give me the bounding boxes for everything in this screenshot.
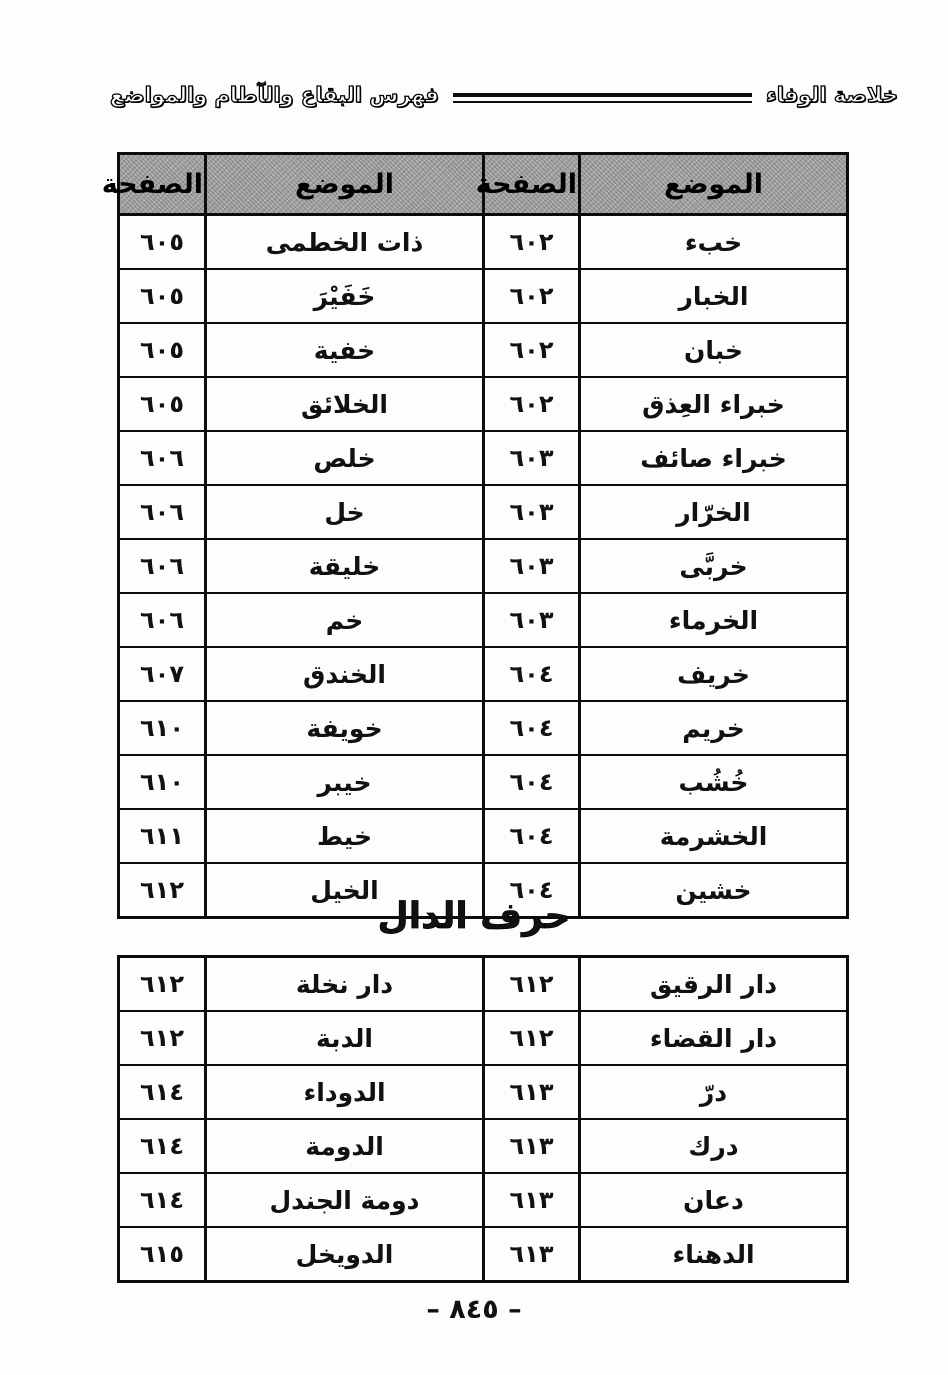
table-row: الخرماء ٦٠٣ خم ٦٠٦ bbox=[119, 593, 848, 647]
table-row: الخرّار ٦٠٣ خل ٦٠٦ bbox=[119, 485, 848, 539]
table-row: درّ ٦١٣ الدوداء ٦١٤ bbox=[119, 1065, 848, 1119]
page-number-cell: ٦١٢ bbox=[119, 1011, 206, 1065]
place-cell: خبراء العِذق bbox=[580, 377, 848, 431]
table-row: خبان ٦٠٢ خفية ٦٠٥ bbox=[119, 323, 848, 377]
book-title: خلاصة الوفاء bbox=[766, 83, 898, 107]
place-cell: الخندق bbox=[206, 647, 484, 701]
page-number-cell: ٦٠٢ bbox=[484, 377, 580, 431]
page-number-cell: ٦٠٢ bbox=[484, 323, 580, 377]
table-header-row: الموضع الصفحة الموضع الصفحة bbox=[119, 154, 848, 215]
place-cell: الخلائق bbox=[206, 377, 484, 431]
place-cell: درّ bbox=[580, 1065, 848, 1119]
place-cell: الخرماء bbox=[580, 593, 848, 647]
table-row: خريف ٦٠٤ الخندق ٦٠٧ bbox=[119, 647, 848, 701]
table-row: الدهناء ٦١٣ الدويخل ٦١٥ bbox=[119, 1227, 848, 1282]
page-number-cell: ٦٠٦ bbox=[119, 593, 206, 647]
place-cell: الخشرمة bbox=[580, 809, 848, 863]
place-cell: دار نخلة bbox=[206, 957, 484, 1012]
place-cell: خلص bbox=[206, 431, 484, 485]
page-number-cell: ٦٠٤ bbox=[484, 701, 580, 755]
column-header-place: الموضع bbox=[580, 154, 848, 215]
table-row: خربَّى ٦٠٣ خليقة ٦٠٦ bbox=[119, 539, 848, 593]
table-row: خبراء صائف ٦٠٣ خلص ٦٠٦ bbox=[119, 431, 848, 485]
place-cell: خل bbox=[206, 485, 484, 539]
place-cell: الدومة bbox=[206, 1119, 484, 1173]
page-number-cell: ٦٠٥ bbox=[119, 377, 206, 431]
index-table-dal: دار الرقيق ٦١٢ دار نخلة ٦١٢ دار القضاء ٦… bbox=[117, 955, 849, 1283]
table-row: دار الرقيق ٦١٢ دار نخلة ٦١٢ bbox=[119, 957, 848, 1012]
table-row: دار القضاء ٦١٢ الدبة ٦١٢ bbox=[119, 1011, 848, 1065]
table-row: دعان ٦١٣ دومة الجندل ٦١٤ bbox=[119, 1173, 848, 1227]
index-title: فهرس البقاع والآطام والمواضع bbox=[110, 83, 439, 107]
place-cell: الخرّار bbox=[580, 485, 848, 539]
page-number-cell: ٦٠٥ bbox=[119, 215, 206, 270]
page-number-cell: ٦١٣ bbox=[484, 1119, 580, 1173]
place-cell: درك bbox=[580, 1119, 848, 1173]
page-number-cell: ٦١٤ bbox=[119, 1119, 206, 1173]
page-number-cell: ٦١٣ bbox=[484, 1065, 580, 1119]
page-number-cell: ٦٠٦ bbox=[119, 431, 206, 485]
place-cell: خبراء صائف bbox=[580, 431, 848, 485]
place-cell: دومة الجندل bbox=[206, 1173, 484, 1227]
page-number-cell: ٦١٠ bbox=[119, 755, 206, 809]
table-row: خُشُب ٦٠٤ خيبر ٦١٠ bbox=[119, 755, 848, 809]
place-cell: ذات الخطمى bbox=[206, 215, 484, 270]
place-cell: الدوداء bbox=[206, 1065, 484, 1119]
page-number-cell: ٦٠٦ bbox=[119, 485, 206, 539]
place-cell: الخبار bbox=[580, 269, 848, 323]
place-cell: خفية bbox=[206, 323, 484, 377]
place-cell: خَفَيْرَ bbox=[206, 269, 484, 323]
table-row: درك ٦١٣ الدومة ٦١٤ bbox=[119, 1119, 848, 1173]
place-cell: خويفة bbox=[206, 701, 484, 755]
place-cell: دعان bbox=[580, 1173, 848, 1227]
place-cell: خليقة bbox=[206, 539, 484, 593]
place-cell: الدبة bbox=[206, 1011, 484, 1065]
table-row: خبء ٦٠٢ ذات الخطمى ٦٠٥ bbox=[119, 215, 848, 270]
place-cell: خريف bbox=[580, 647, 848, 701]
page-number-cell: ٦١١ bbox=[119, 809, 206, 863]
page-number-cell: ٦١٢ bbox=[484, 957, 580, 1012]
place-cell: خبان bbox=[580, 323, 848, 377]
page-number-cell: ٦٠٣ bbox=[484, 431, 580, 485]
place-cell: دار الرقيق bbox=[580, 957, 848, 1012]
place-cell: خبء bbox=[580, 215, 848, 270]
page-number-cell: ٦٠٣ bbox=[484, 593, 580, 647]
page-number-cell: ٦١٢ bbox=[484, 1011, 580, 1065]
page-number-cell: ٦٠٤ bbox=[484, 755, 580, 809]
place-cell: خريم bbox=[580, 701, 848, 755]
page-number-cell: ٦١٥ bbox=[119, 1227, 206, 1282]
page-number-cell: ٦٠٤ bbox=[484, 809, 580, 863]
page-header: خلاصة الوفاء فهرس البقاع والآطام والمواض… bbox=[110, 72, 898, 118]
page-footer-number: – ٨٤٥ – bbox=[0, 1294, 948, 1325]
header-rule bbox=[453, 93, 752, 103]
table-row: الخبار ٦٠٢ خَفَيْرَ ٦٠٥ bbox=[119, 269, 848, 323]
table-row: خبراء العِذق ٦٠٢ الخلائق ٦٠٥ bbox=[119, 377, 848, 431]
table-row: الخشرمة ٦٠٤ خيط ٦١١ bbox=[119, 809, 848, 863]
place-cell: خُشُب bbox=[580, 755, 848, 809]
place-cell: خيبر bbox=[206, 755, 484, 809]
page-number-cell: ٦٠٥ bbox=[119, 323, 206, 377]
page-number-cell: ٦١٤ bbox=[119, 1065, 206, 1119]
page-number-cell: ٦٠٦ bbox=[119, 539, 206, 593]
place-cell: خم bbox=[206, 593, 484, 647]
place-cell: الدهناء bbox=[580, 1227, 848, 1282]
page-number-cell: ٦٠٥ bbox=[119, 269, 206, 323]
place-cell: خربَّى bbox=[580, 539, 848, 593]
place-cell: خيط bbox=[206, 809, 484, 863]
page-number-cell: ٦٠٢ bbox=[484, 215, 580, 270]
page-number-cell: ٦٠٣ bbox=[484, 485, 580, 539]
page-number-cell: ٦١٣ bbox=[484, 1173, 580, 1227]
place-cell: دار القضاء bbox=[580, 1011, 848, 1065]
page-number-cell: ٦٠٧ bbox=[119, 647, 206, 701]
page-number-cell: ٦١٣ bbox=[484, 1227, 580, 1282]
column-header-page: الصفحة bbox=[119, 154, 206, 215]
page-number-cell: ٦١٢ bbox=[119, 957, 206, 1012]
column-header-page: الصفحة bbox=[484, 154, 580, 215]
page-number-cell: ٦٠٤ bbox=[484, 647, 580, 701]
table-row: خريم ٦٠٤ خويفة ٦١٠ bbox=[119, 701, 848, 755]
column-header-place: الموضع bbox=[206, 154, 484, 215]
page-number-cell: ٦٠٢ bbox=[484, 269, 580, 323]
section-letter-title: حرف الدال bbox=[0, 896, 948, 937]
page-number-cell: ٦١٠ bbox=[119, 701, 206, 755]
page-number-cell: ٦١٤ bbox=[119, 1173, 206, 1227]
place-cell: الدويخل bbox=[206, 1227, 484, 1282]
index-table-kha: الموضع الصفحة الموضع الصفحة خبء ٦٠٢ ذات … bbox=[117, 152, 849, 919]
page-number-cell: ٦٠٣ bbox=[484, 539, 580, 593]
